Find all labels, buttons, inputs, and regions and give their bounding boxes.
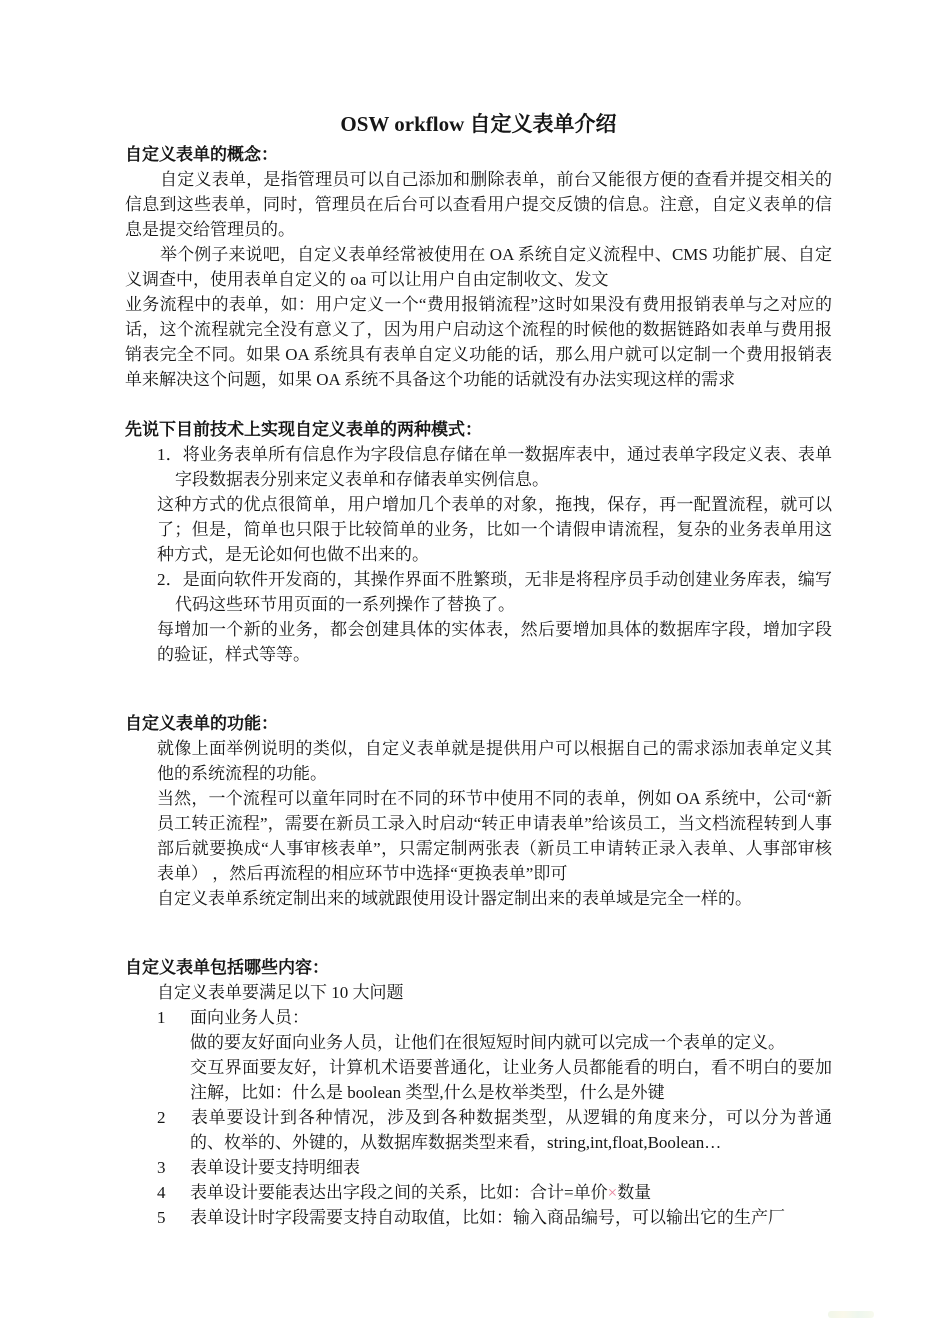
- list-text: 是面向软件开发商的，其操作界面不胜繁琐，无非是将程序员手动创建业务库表，编写代码…: [175, 570, 832, 614]
- blank-line: [125, 392, 832, 417]
- modes-item-1-note: 这种方式的优点很简单，用户增加几个表单的对象，拖拽，保存，再一配置流程，就可以了…: [157, 492, 832, 567]
- list-text: 将业务表单所有信息作为字段信息存储在单一数据库表中，通过表单字段定义表、表单字段…: [175, 445, 832, 489]
- blank-line: [125, 911, 832, 955]
- blank-line: [125, 667, 832, 711]
- contents-heading: 自定义表单包括哪些内容：: [125, 955, 832, 980]
- modes-item-1: 1．将业务表单所有信息作为字段信息存储在单一数据库表中，通过表单字段定义表、表单…: [175, 442, 832, 492]
- contents-item-2: 2表单要设计到各种情况，涉及到各种数据类型，从逻辑的角度来分，可以分为普通的、枚…: [190, 1105, 832, 1155]
- list-number: 2．: [157, 570, 183, 589]
- contents-item-1-sub-1: 做的要友好面向业务人员，让他们在很短短时间内就可以完成一个表单的定义。: [190, 1030, 832, 1055]
- list-text: 表单设计要支持明细表: [190, 1158, 360, 1177]
- features-paragraph-3: 自定义表单系统定制出来的域就跟使用设计器定制出来的表单域是完全一样的。: [157, 886, 832, 911]
- modes-item-2-note: 每增加一个新的业务，都会创建具体的实体表，然后要增加具体的数据库字段，增加字段的…: [157, 617, 832, 667]
- list-number: 1: [157, 1005, 190, 1030]
- list-number: 3: [157, 1155, 190, 1180]
- list-text: 数量: [617, 1183, 651, 1202]
- section-concept: 自定义表单的概念： 自定义表单，是指管理员可以自己添加和删除表单，前台又能很方便…: [125, 142, 832, 392]
- list-text: 表单要设计到各种情况，涉及到各种数据类型，从逻辑的角度来分，可以分为普通的、枚举…: [190, 1108, 832, 1152]
- concept-paragraph-3: 业务流程中的表单，如：用户定义一个“费用报销流程”这时如果没有费用报销表单与之对…: [125, 292, 832, 392]
- contents-item-3: 3表单设计要支持明细表: [190, 1155, 832, 1180]
- list-number: 1．: [157, 445, 183, 464]
- concept-paragraph-1: 自定义表单，是指管理员可以自己添加和删除表单，前台又能很方便的查看并提交相关的信…: [125, 167, 832, 242]
- list-text: 面向业务人员：: [190, 1008, 309, 1027]
- list-text: 表单设计要能表达出字段之间的关系，比如：合计=单价: [190, 1183, 608, 1202]
- concept-paragraph-2: 举个例子来说吧，自定义表单经常被使用在 OA 系统自定义流程中、CMS 功能扩展…: [125, 242, 832, 292]
- contents-intro: 自定义表单要满足以下 10 大问题: [157, 980, 832, 1005]
- contents-item-1: 1面向业务人员：: [190, 1005, 832, 1030]
- modes-heading: 先说下目前技术上实现自定义表单的两种模式：: [125, 417, 832, 442]
- section-modes: 先说下目前技术上实现自定义表单的两种模式： 1．将业务表单所有信息作为字段信息存…: [125, 417, 832, 667]
- features-heading: 自定义表单的功能：: [125, 711, 832, 736]
- concept-heading: 自定义表单的概念：: [125, 142, 832, 167]
- section-contents: 自定义表单包括哪些内容： 自定义表单要满足以下 10 大问题 1面向业务人员： …: [125, 955, 832, 1230]
- list-text: 表单设计时字段需要支持自动取值，比如：输入商品编号，可以输出它的生产厂: [190, 1208, 785, 1227]
- document-page: OSW orkflow 自定义表单介绍 自定义表单的概念： 自定义表单，是指管理…: [0, 0, 950, 1230]
- contents-item-5: 5表单设计时字段需要支持自动取值，比如：输入商品编号，可以输出它的生产厂: [190, 1205, 832, 1230]
- multiplication-sign: ×: [608, 1183, 618, 1202]
- document-title: OSW orkflow 自定义表单介绍: [125, 110, 832, 138]
- features-paragraph-2: 当然，一个流程可以童年同时在不同的环节中使用不同的表单，例如 OA 系统中，公司…: [157, 786, 832, 886]
- list-number: 4: [157, 1180, 190, 1205]
- section-features: 自定义表单的功能： 就像上面举例说明的类似，自定义表单就是提供用户可以根据自己的…: [125, 711, 832, 911]
- contents-item-1-sub-2: 交互界面要友好，计算机术语要普通化，让业务人员都能看的明白，看不明白的要加注解，…: [190, 1055, 832, 1105]
- list-number: 5: [157, 1205, 190, 1230]
- contents-item-4: 4表单设计要能表达出字段之间的关系，比如：合计=单价×数量: [190, 1180, 832, 1205]
- features-paragraph-1: 就像上面举例说明的类似，自定义表单就是提供用户可以根据自己的需求添加表单定义其他…: [157, 736, 832, 786]
- modes-item-2: 2．是面向软件开发商的，其操作界面不胜繁琐，无非是将程序员手动创建业务库表，编写…: [175, 567, 832, 617]
- list-number: 2: [157, 1105, 190, 1130]
- watermark-remnant: [828, 1311, 874, 1318]
